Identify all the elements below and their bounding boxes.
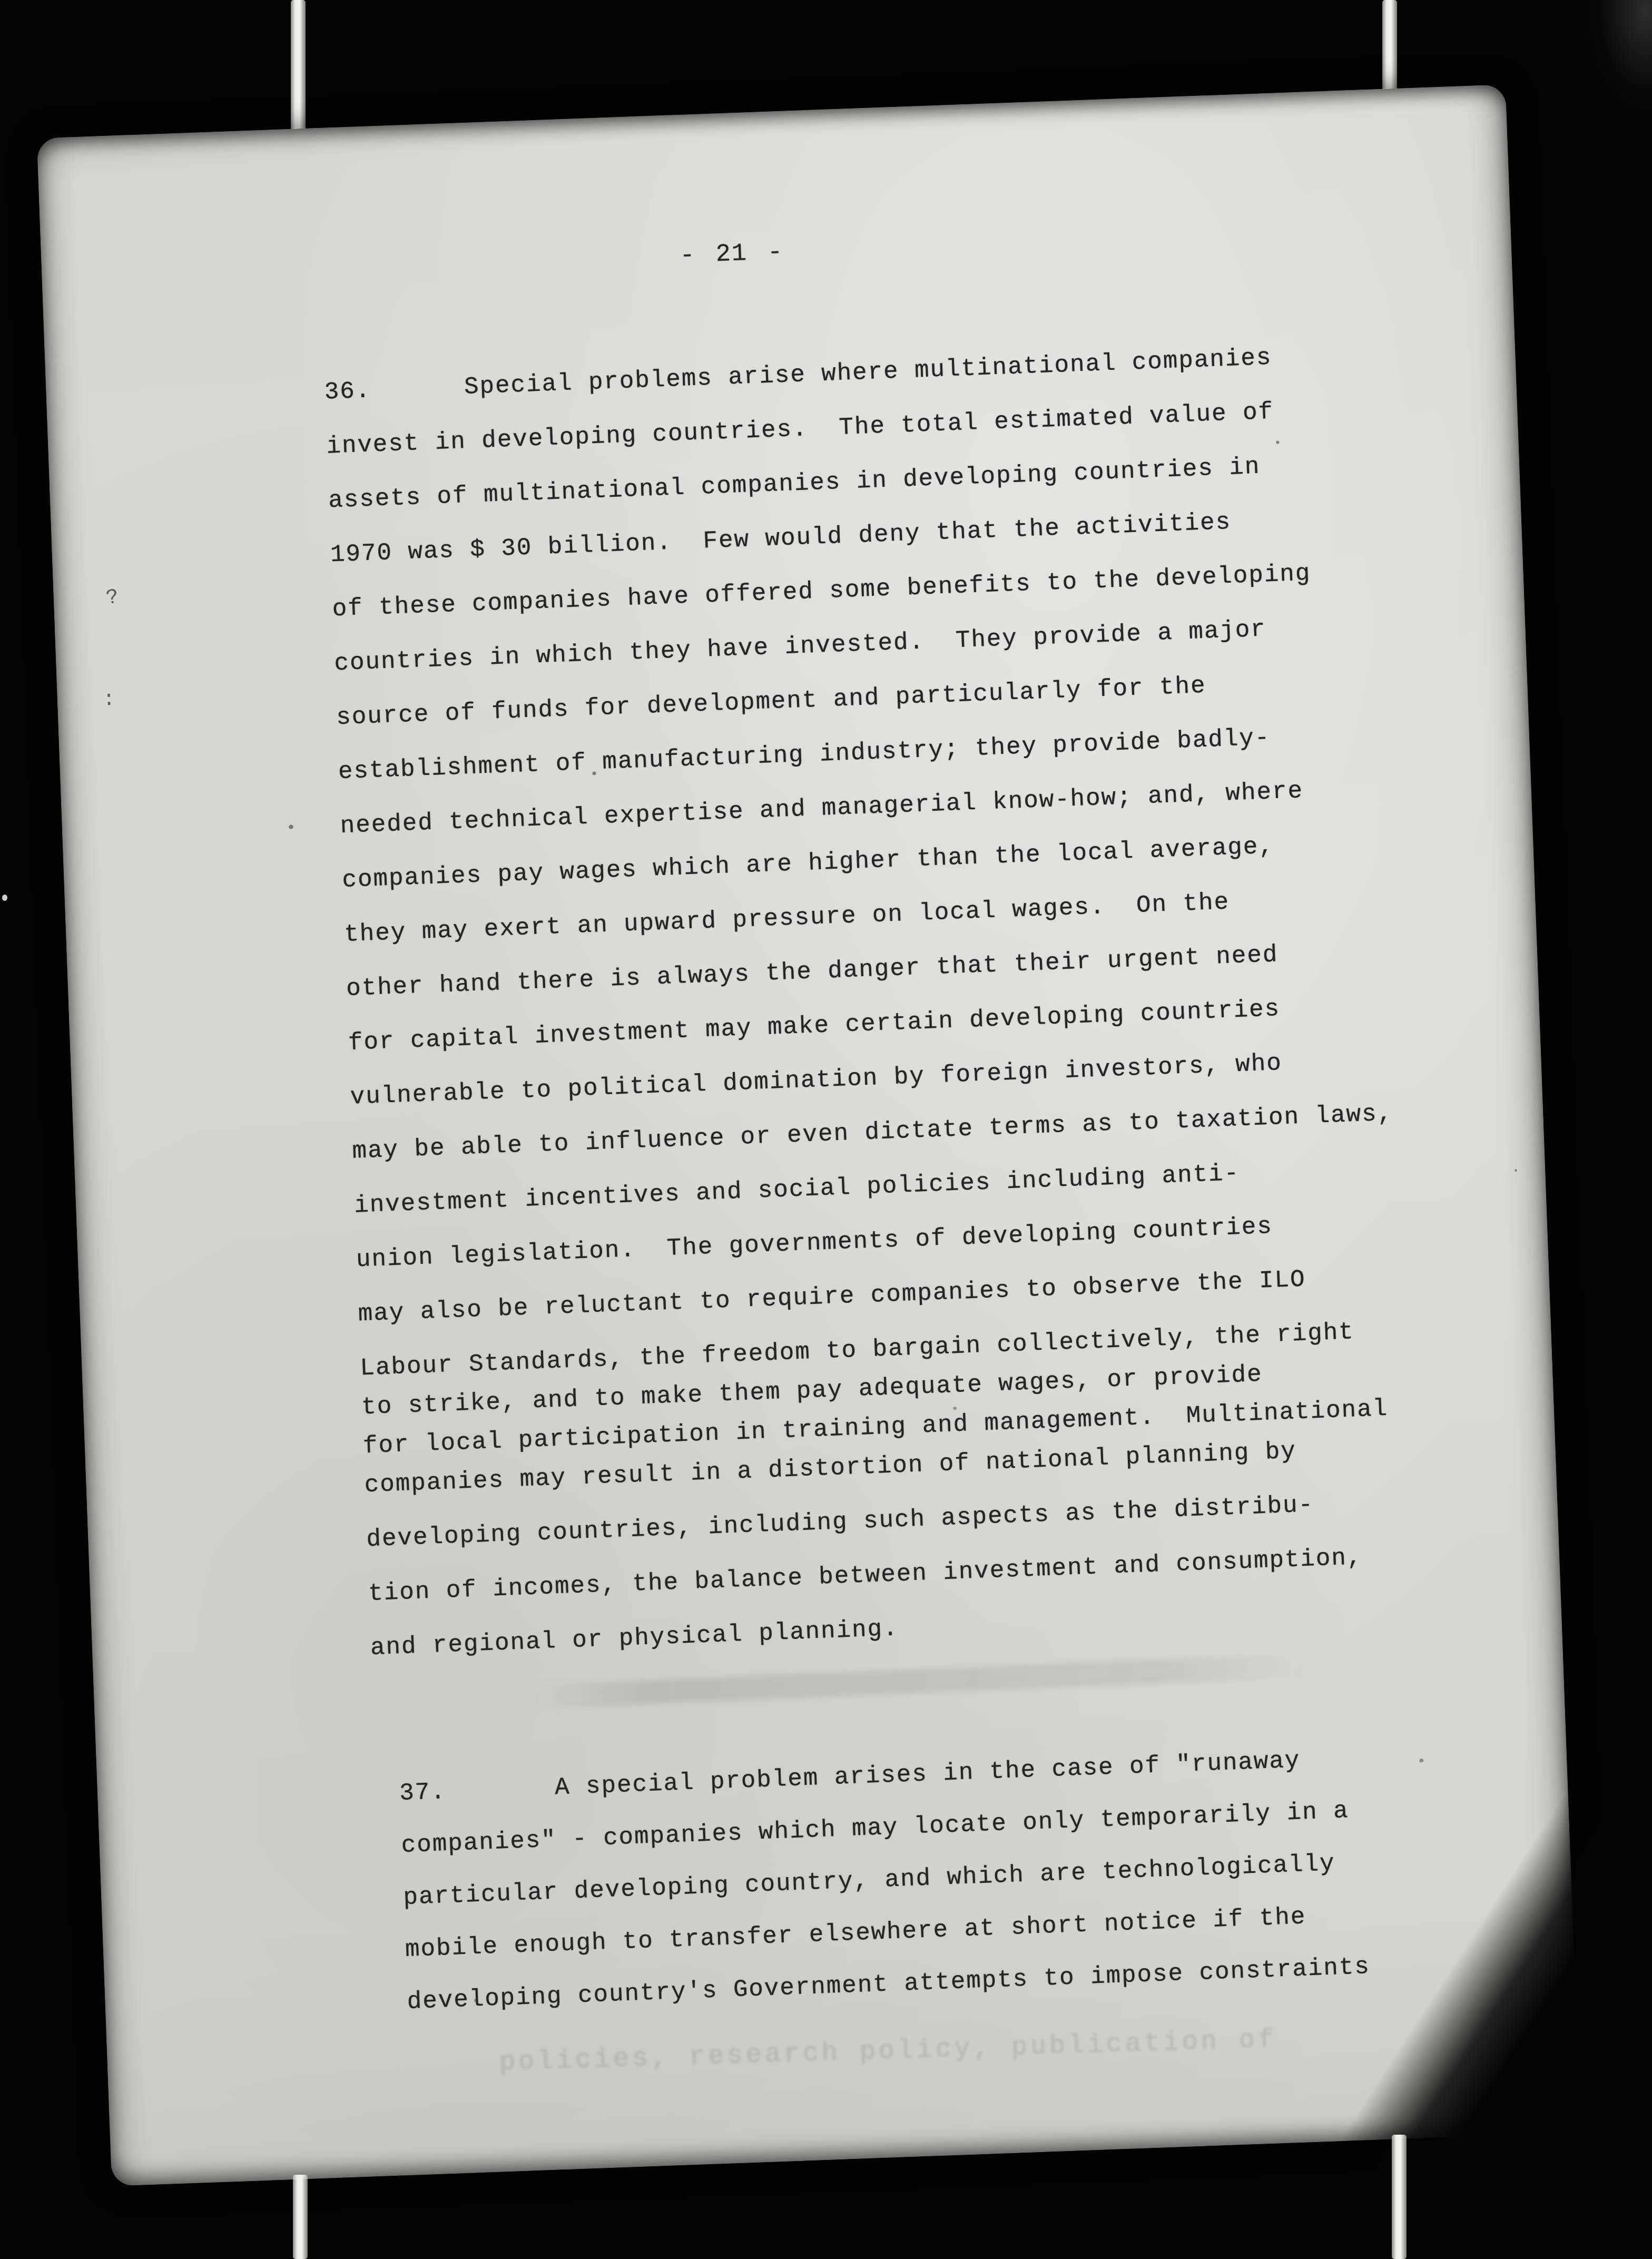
film-strip-bottom-left — [293, 2175, 308, 2259]
stray-ink-mark: : — [102, 688, 116, 712]
dust-speck — [2, 895, 7, 901]
page-corner-shadow — [1264, 1765, 1652, 2259]
paragraph-36: 36. Special problems arise where multina… — [324, 339, 1478, 1690]
film-strip-bottom-right — [1392, 2135, 1407, 2259]
stray-ink-mark: · — [1511, 1162, 1521, 1181]
dust-speck — [289, 824, 293, 829]
page-number: - 21 - — [680, 239, 784, 270]
film-smudge — [1586, 0, 1652, 116]
photograph-frame: - 21 - 36. Special problems arise where … — [0, 0, 1652, 2259]
stray-ink-mark: ? — [104, 585, 121, 611]
